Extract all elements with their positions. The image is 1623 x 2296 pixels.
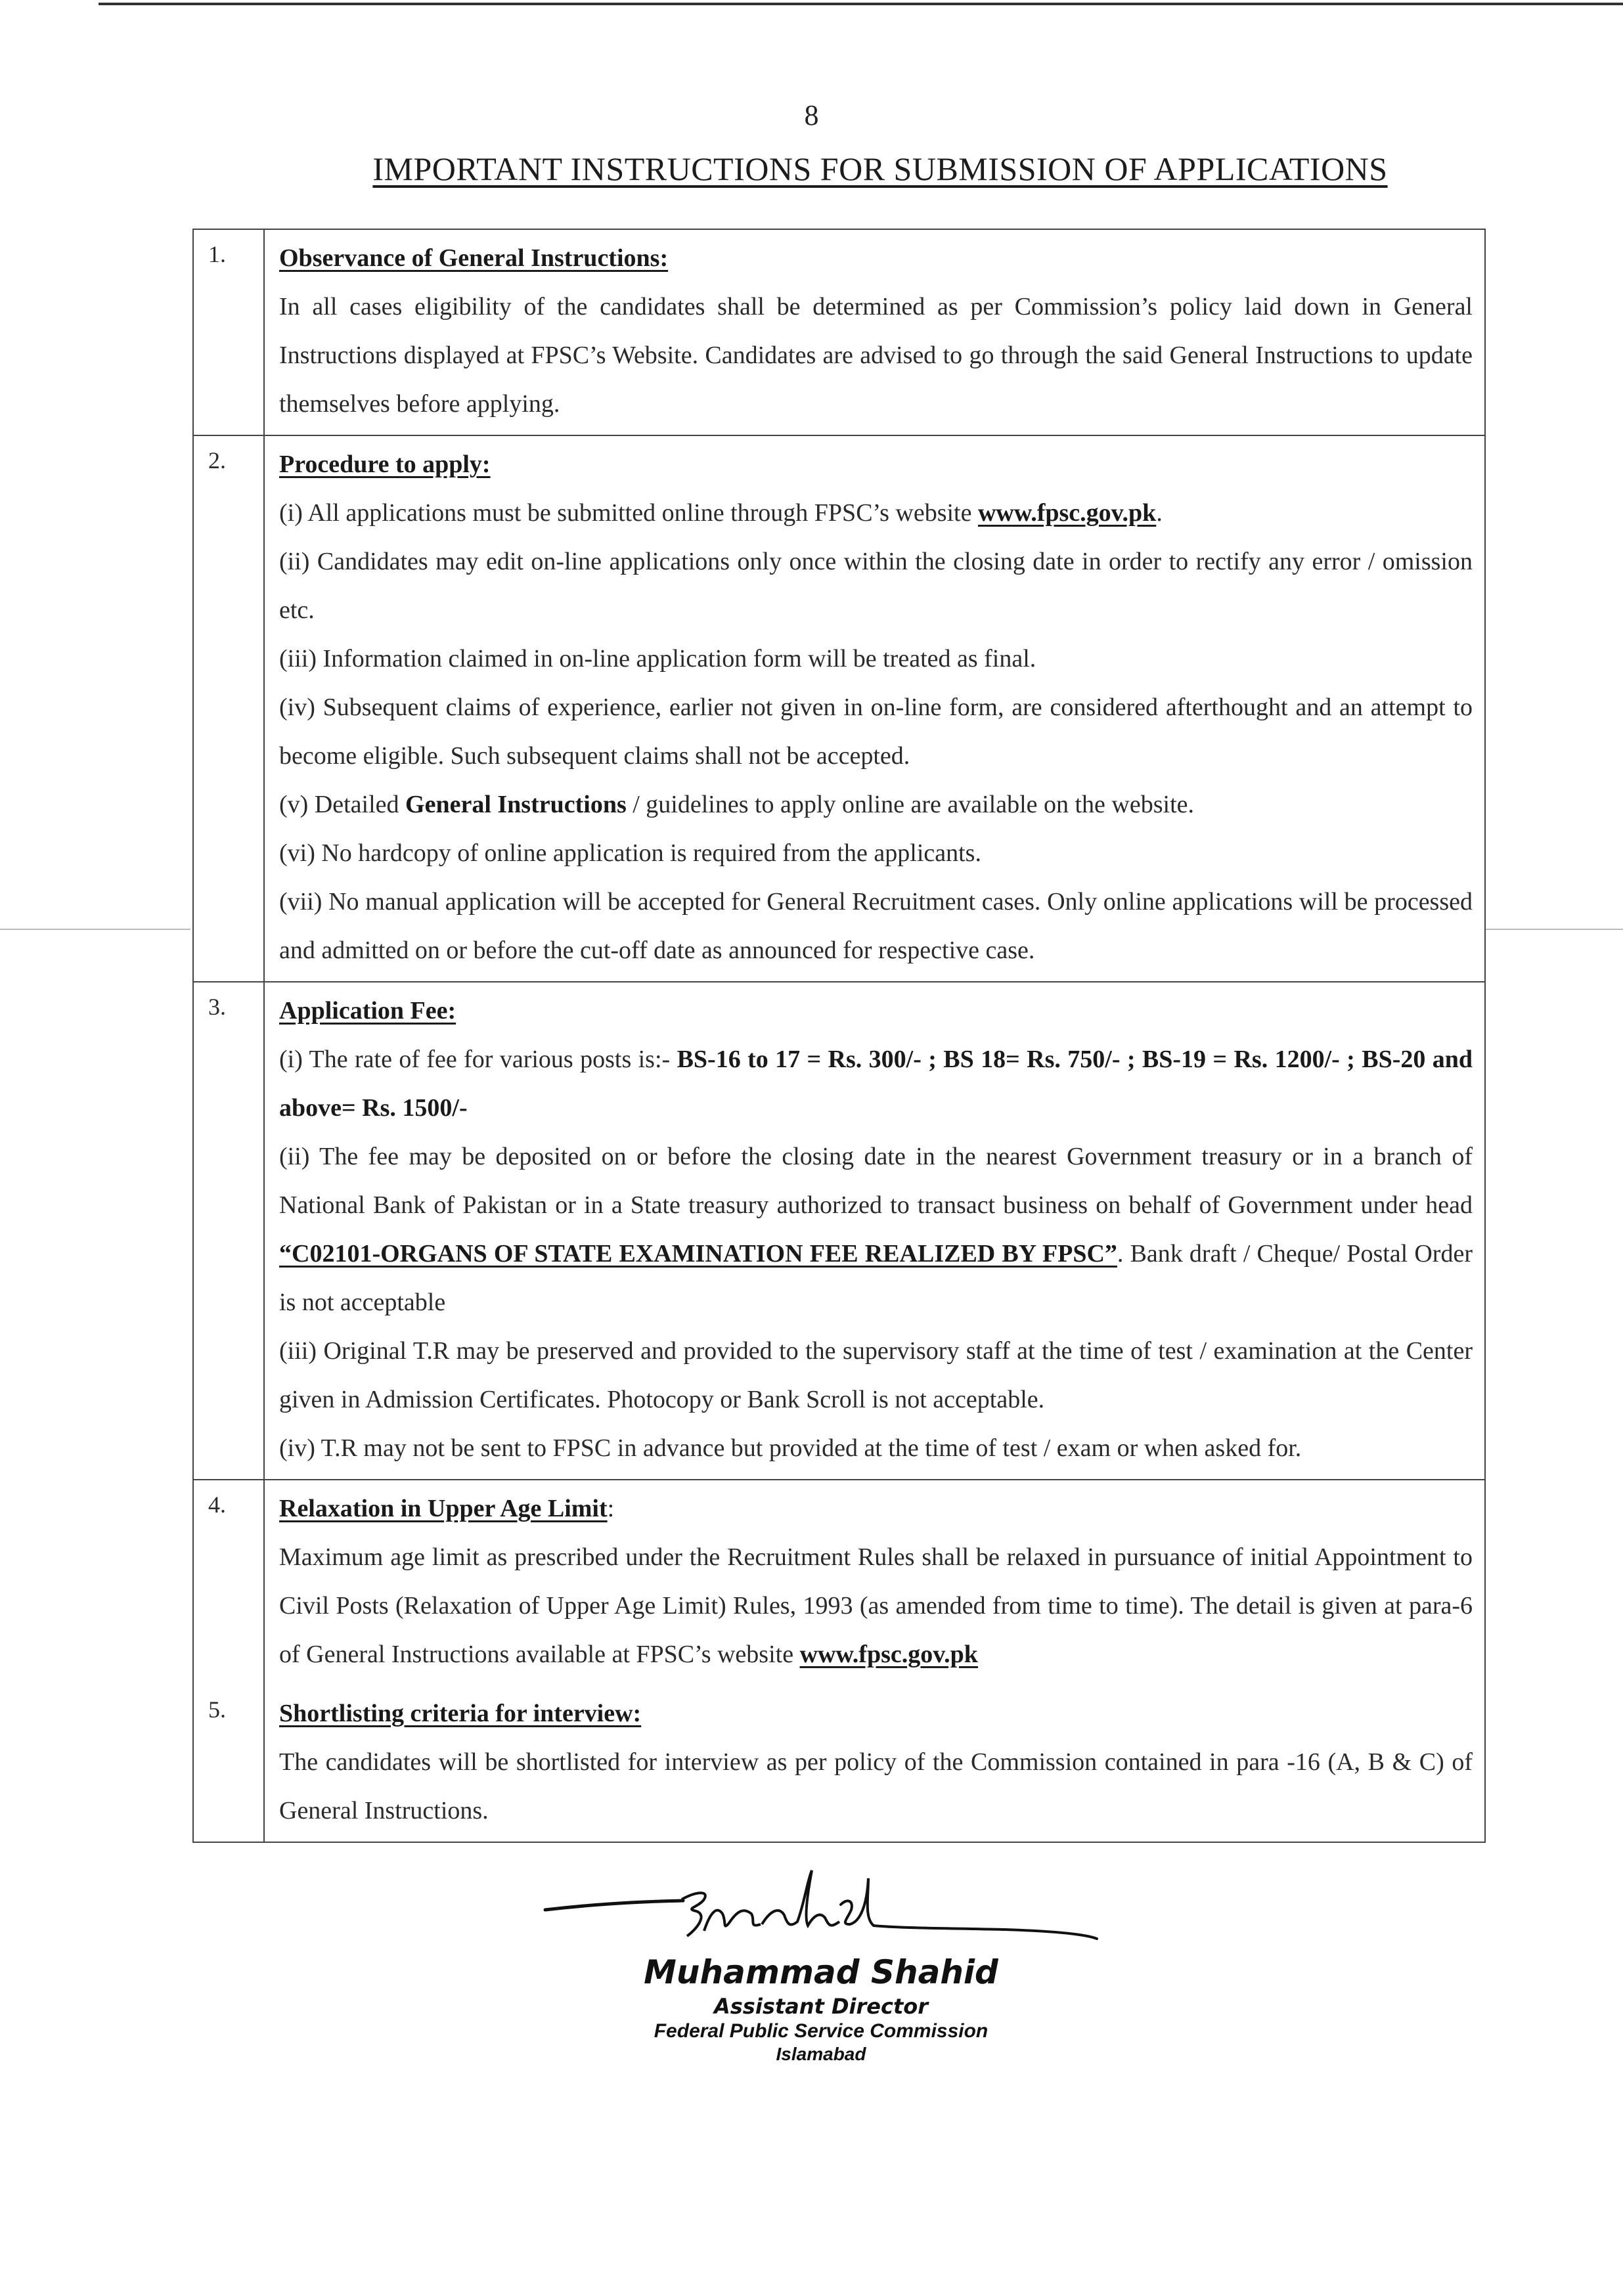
- list-item: (vii) No manual application will be acce…: [279, 877, 1473, 975]
- section-row-5: 5. Shortlisting criteria for interview: …: [193, 1685, 1485, 1842]
- list-item: (iv) Subsequent claims of experience, ea…: [279, 683, 1473, 780]
- section-number: 1.: [193, 229, 264, 435]
- fee-schedule: (i) The rate of fee for various posts is…: [279, 1035, 1473, 1132]
- section-heading: Observance of General Instructions:: [279, 234, 668, 282]
- scan-top-edge: [99, 3, 1623, 5]
- scan-artifact-line: [0, 929, 190, 930]
- section-number: 3.: [193, 982, 264, 1480]
- page-title: IMPORTANT INSTRUCTIONS FOR SUBMISSION OF…: [289, 150, 1471, 188]
- section-heading: Application Fee:: [279, 986, 456, 1035]
- page-number: 8: [0, 99, 1623, 132]
- account-head: “C02101-ORGANS OF STATE EXAMINATION FEE …: [279, 1240, 1117, 1268]
- signer-city: Islamabad: [512, 2044, 1130, 2065]
- list-item: (iii) Information claimed in on-line app…: [279, 634, 1473, 683]
- section-row-2: 2. Procedure to apply: (i) All applicati…: [193, 435, 1485, 982]
- section-heading: Procedure to apply:: [279, 440, 491, 489]
- scan-artifact-line: [1486, 929, 1623, 930]
- section-text: In all cases eligibility of the candidat…: [279, 282, 1473, 428]
- instructions-table: 1. Observance of General Instructions: I…: [192, 229, 1486, 1843]
- section-row-1: 1. Observance of General Instructions: I…: [193, 229, 1485, 435]
- signer-title: Assistant Director: [512, 1994, 1130, 2019]
- section-number: 4.: [193, 1480, 264, 1685]
- section-text: The candidates will be shortlisted for i…: [279, 1738, 1473, 1835]
- signer-organization: Federal Public Service Commission: [512, 2020, 1130, 2042]
- section-row-3: 3. Application Fee: (i) The rate of fee …: [193, 982, 1485, 1480]
- list-item: (i) All applications must be submitted o…: [279, 489, 1473, 537]
- section-heading: Shortlisting criteria for interview:: [279, 1689, 641, 1738]
- list-item: (v) Detailed General Instructions / guid…: [279, 780, 1473, 829]
- section-heading: Relaxation in Upper Age Limit: [279, 1484, 608, 1533]
- list-item: (ii) Candidates may edit on-line applica…: [279, 537, 1473, 634]
- section-text: Maximum age limit as prescribed under th…: [279, 1533, 1473, 1679]
- website-link[interactable]: www.fpsc.gov.pk: [978, 499, 1156, 527]
- list-item: (vi) No hardcopy of online application i…: [279, 829, 1473, 877]
- list-item: (iv) T.R may not be sent to FPSC in adva…: [279, 1424, 1473, 1472]
- section-row-4: 4. Relaxation in Upper Age Limit: Maximu…: [193, 1480, 1485, 1685]
- list-item: (ii) The fee may be deposited on or befo…: [279, 1132, 1473, 1327]
- signer-name: Muhammad Shahid: [512, 1953, 1130, 1991]
- signature-block: Muhammad Shahid Assistant Director Feder…: [512, 1865, 1130, 2065]
- handwritten-signature-icon: [532, 1865, 1110, 1957]
- list-item: (iii) Original T.R may be preserved and …: [279, 1327, 1473, 1424]
- section-number: 5.: [193, 1685, 264, 1842]
- section-number: 2.: [193, 435, 264, 982]
- website-link[interactable]: www.fpsc.gov.pk: [800, 1641, 978, 1668]
